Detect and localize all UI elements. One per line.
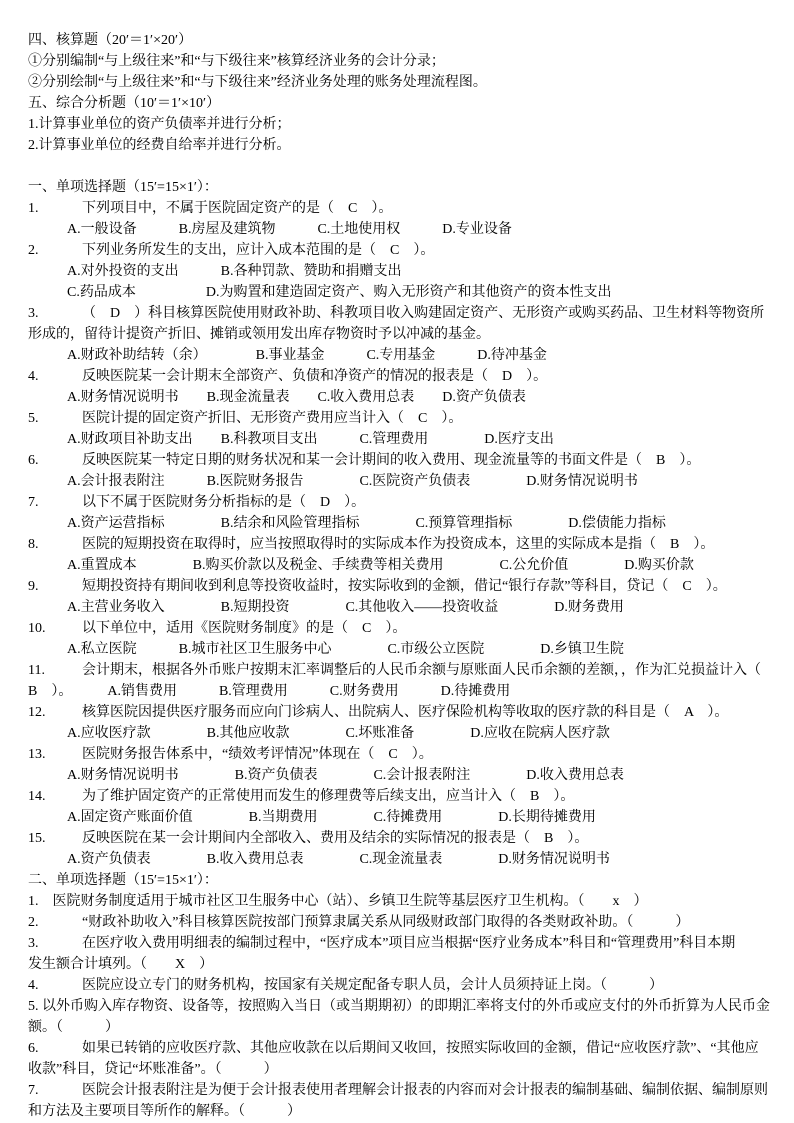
question-text-line: 13.医院财务报告体系中，“绩效考评情况”体现在（ C ）。 xyxy=(28,744,782,765)
question-body: 如果已转销的应收医疗款、其他应收款在以后期间又收回，按照实际收回的金额，借记“应… xyxy=(28,1041,759,1077)
question: 5. 以外币购入库存物资、设备等，按照购入当日（或当期期初）的即期汇率将支付的外… xyxy=(28,996,782,1038)
question-body: 为了维护固定资产的正常使用而发生的修理费等后续支出，应当计入（ B ）。 xyxy=(82,789,574,804)
options-line: A.财政项目补助支出 B.科教项目支出 C.管理费用 D.医疗支出 xyxy=(28,429,782,450)
question: 2.下列业务所发生的支出，应计入成本范围的是（ C ）。A.对外投资的支出 B.… xyxy=(28,240,782,303)
question: 9.短期投资持有期间收到利息等投资收益时，按实际收到的金额，借记“银行存款”等科… xyxy=(28,576,782,618)
options-line: A.会计报表附注 B.医院财务报告 C.医院资产负债表 D.财务情况说明书 xyxy=(28,471,782,492)
question-text-line: 7.以下不属于医院财务分析指标的是（ D ）。 xyxy=(28,492,782,513)
question-number: 4. xyxy=(28,975,82,996)
question-text-line: 8.医院的短期投资在取得时，应当按照取得时的实际成本作为投资成本，这里的实际成本… xyxy=(28,534,782,555)
question-body: 下列业务所发生的支出，应计入成本范围的是（ C ）。 xyxy=(82,243,434,258)
question-number: 2. xyxy=(28,912,82,933)
question-text-line: 15.反映医院在某一会计期间内全部收入、费用及结余的实际情况的报表是（ B ）。 xyxy=(28,828,782,849)
question: 6.反映医院某一特定日期的财务状况和某一会计期间的收入费用、现金流量等的书面文件… xyxy=(28,450,782,492)
options-line: A.重置成本 B.购买价款以及税金、手续费等相关费用 C.公允价值 D.购买价款 xyxy=(28,555,782,576)
question-body: 1. 医院财务制度适用于城市社区卫生服务中心（站）、乡镇卫生院等基层医疗卫生机构… xyxy=(28,894,648,909)
options-line: A.应收医疗款 B.其他应收款 C.坏账准备 D.应收在院病人医疗款 xyxy=(28,723,782,744)
question: 6.如果已转销的应收医疗款、其他应收款在以后期间又收回，按照实际收回的金额，借记… xyxy=(28,1038,782,1080)
question-body: 5. 以外币购入库存物资、设备等，按照购入当日（或当期期初）的即期汇率将支付的外… xyxy=(28,999,770,1035)
document-page: 四、核算题（20′＝1′×20′） ①分别编制“与上级往来”和“与下级往来”核算… xyxy=(0,0,794,1123)
section-hesuan-title: 四、核算题（20′＝1′×20′） xyxy=(28,30,782,51)
question: 5.医院计提的固定资产折旧、无形资产费用应当计入（ C ）。A.财政项目补助支出… xyxy=(28,408,782,450)
section-zonghe-title: 五、综合分析题（10′＝1′×10′） xyxy=(28,93,782,114)
question-number: 14. xyxy=(28,786,82,807)
question: 2.“财政补助收入”科目核算医院按部门预算隶属关系从同级财政部门取得的各类财政补… xyxy=(28,912,782,933)
options-line: A.主营业务收入 B.短期投资 C.其他收入——投资收益 D.财务费用 xyxy=(28,597,782,618)
question-text-line: 6.反映医院某一特定日期的财务状况和某一会计期间的收入费用、现金流量等的书面文件… xyxy=(28,450,782,471)
question-text-line: 1. 医院财务制度适用于城市社区卫生服务中心（站）、乡镇卫生院等基层医疗卫生机构… xyxy=(28,891,782,912)
question-text-line: 4.反映医院某一会计期末全部资产、负债和净资产的情况的报表是（ D ）。 xyxy=(28,366,782,387)
question-number: 6. xyxy=(28,1038,82,1059)
question: 7.以下不属于医院财务分析指标的是（ D ）。A.资产运营指标 B.结余和风险管… xyxy=(28,492,782,534)
question-text-line: 2.下列业务所发生的支出，应计入成本范围的是（ C ）。 xyxy=(28,240,782,261)
options-line: A.财政补助结转（余） B.事业基金 C.专用基金 D.待冲基金 xyxy=(28,345,782,366)
options-line: A.固定资产账面价值 B.当期费用 C.待摊费用 D.长期待摊费用 xyxy=(28,807,782,828)
question-body: 在医疗收入费用明细表的编制过程中，“医疗成本”项目应当根据“医疗业务成本”科目和… xyxy=(28,936,735,972)
section-hesuan-item: ②分别绘制“与上级往来”和“与下级往来”经济业务处理的账务处理流程图。 xyxy=(28,72,782,93)
options-line: C.药品成本 D.为购置和建造固定资产、购入无形资产和其他资产的资本性支出 xyxy=(28,282,782,303)
options-line: A.资产负债表 B.收入费用总表 C.现金流量表 D.财务情况说明书 xyxy=(28,849,782,870)
question-number: 1. xyxy=(28,198,82,219)
question: 8.医院的短期投资在取得时，应当按照取得时的实际成本作为投资成本，这里的实际成本… xyxy=(28,534,782,576)
question: 12.核算医院因提供医疗服务而应向门诊病人、出院病人、医疗保险机构等收取的医疗款… xyxy=(28,702,782,744)
question: 4.反映医院某一会计期末全部资产、负债和净资产的情况的报表是（ D ）。A.财务… xyxy=(28,366,782,408)
question: 14.为了维护固定资产的正常使用而发生的修理费等后续支出，应当计入（ B ）。A… xyxy=(28,786,782,828)
question: 1.下列项目中，不属于医院固定资产的是（ C ）。A.一般设备 B.房屋及建筑物… xyxy=(28,198,782,240)
question-number: 12. xyxy=(28,702,82,723)
question-body: 反映医院在某一会计期间内全部收入、费用及结余的实际情况的报表是（ B ）。 xyxy=(82,831,588,846)
question: 11.会计期末，根据各外币账户按期末汇率调整后的人民币余额与原账面人民币余额的差… xyxy=(28,660,782,702)
question-number: 7. xyxy=(28,492,82,513)
question-text-line: 9.短期投资持有期间收到利息等投资收益时，按实际收到的金额，借记“银行存款”等科… xyxy=(28,576,782,597)
question-text-line: 7.医院会计报表附注是为便于会计报表使用者理解会计报表的内容而对会计报表的编制基… xyxy=(28,1080,782,1122)
question: 4.医院应设立专门的财务机构，按国家有关规定配备专职人员，会计人员须持证上岗。（… xyxy=(28,975,782,996)
question-text-line: 1.下列项目中，不属于医院固定资产的是（ C ）。 xyxy=(28,198,782,219)
question-number: 6. xyxy=(28,450,82,471)
question: 7.医院会计报表附注是为便于会计报表使用者理解会计报表的内容而对会计报表的编制基… xyxy=(28,1080,782,1122)
question-number: 3. xyxy=(28,303,82,324)
section-zonghe-item: 2.计算事业单位的经费自给率并进行分析。 xyxy=(28,135,782,156)
question: 3.在医疗收入费用明细表的编制过程中，“医疗成本”项目应当根据“医疗业务成本”科… xyxy=(28,933,782,975)
question-body: “财政补助收入”科目核算医院按部门预算隶属关系从同级财政部门取得的各类财政补助。… xyxy=(82,915,689,930)
question-number: 10. xyxy=(28,618,82,639)
options-line: A.财务情况说明书 B.资产负债表 C.会计报表附注 D.收入费用总表 xyxy=(28,765,782,786)
question: 10.以下单位中，适用《医院财务制度》的是（ C ）。A.私立医院 B.城市社区… xyxy=(28,618,782,660)
part2-title: 二、单项选择题（15′=15×1′）： xyxy=(28,870,782,891)
question-body: 以下不属于医院财务分析指标的是（ D ）。 xyxy=(82,495,365,510)
question-number: 11. xyxy=(28,660,82,681)
question-body: 下列项目中，不属于医院固定资产的是（ C ）。 xyxy=(82,201,392,216)
question-text-line: 11.会计期末，根据各外币账户按期末汇率调整后的人民币余额与原账面人民币余额的差… xyxy=(28,660,782,702)
question-body: 医院财务报告体系中，“绩效考评情况”体现在（ C ）。 xyxy=(82,747,433,762)
question-text-line: 3.（ D ）科目核算医院使用财政补助、科教项目收入购建固定资产、无形资产或购买… xyxy=(28,303,782,345)
question-body: 反映医院某一会计期末全部资产、负债和净资产的情况的报表是（ D ）。 xyxy=(82,369,547,384)
question-number: 5. xyxy=(28,408,82,429)
question-text-line: 4.医院应设立专门的财务机构，按国家有关规定配备专职人员，会计人员须持证上岗。（… xyxy=(28,975,782,996)
question: 1. 医院财务制度适用于城市社区卫生服务中心（站）、乡镇卫生院等基层医疗卫生机构… xyxy=(28,891,782,912)
part2-questions: 1. 医院财务制度适用于城市社区卫生服务中心（站）、乡镇卫生院等基层医疗卫生机构… xyxy=(28,891,782,1122)
question: 15.反映医院在某一会计期间内全部收入、费用及结余的实际情况的报表是（ B ）。… xyxy=(28,828,782,870)
question-text-line: 3.在医疗收入费用明细表的编制过程中，“医疗成本”项目应当根据“医疗业务成本”科… xyxy=(28,933,782,975)
question-body: 反映医院某一特定日期的财务状况和某一会计期间的收入费用、现金流量等的书面文件是（… xyxy=(82,453,700,468)
part1-questions: 1.下列项目中，不属于医院固定资产的是（ C ）。A.一般设备 B.房屋及建筑物… xyxy=(28,198,782,870)
question-number: 2. xyxy=(28,240,82,261)
options-line: A.对外投资的支出 B.各种罚款、赞助和捐赠支出 xyxy=(28,261,782,282)
section-hesuan-item: ①分别编制“与上级往来”和“与下级往来”核算经济业务的会计分录； xyxy=(28,51,782,72)
question: 3.（ D ）科目核算医院使用财政补助、科教项目收入购建固定资产、无形资产或购买… xyxy=(28,303,782,366)
options-line: A.一般设备 B.房屋及建筑物 C.土地使用权 D.专业设备 xyxy=(28,219,782,240)
question-number: 4. xyxy=(28,366,82,387)
question-text-line: 5.医院计提的固定资产折旧、无形资产费用应当计入（ C ）。 xyxy=(28,408,782,429)
question-number: 9. xyxy=(28,576,82,597)
options-line: A.资产运营指标 B.结余和风险管理指标 C.预算管理指标 D.偿债能力指标 xyxy=(28,513,782,534)
part1-title: 一、单项选择题（15′=15×1′）： xyxy=(28,177,782,198)
question-number: 13. xyxy=(28,744,82,765)
question-body: 会计期末，根据各外币账户按期末汇率调整后的人民币余额与原账面人民币余额的差额，，… xyxy=(28,663,761,699)
options-line: A.私立医院 B.城市社区卫生服务中心 C.市级公立医院 D.乡镇卫生院 xyxy=(28,639,782,660)
question-body: 医院会计报表附注是为便于会计报表使用者理解会计报表的内容而对会计报表的编制基础、… xyxy=(28,1083,768,1119)
options-line: A.财务情况说明书 B.现金流量表 C.收入费用总表 D.资产负债表 xyxy=(28,387,782,408)
question: 13.医院财务报告体系中，“绩效考评情况”体现在（ C ）。A.财务情况说明书 … xyxy=(28,744,782,786)
section-zonghe-item: 1.计算事业单位的资产负债率并进行分析； xyxy=(28,114,782,135)
question-number: 15. xyxy=(28,828,82,849)
question-text-line: 5. 以外币购入库存物资、设备等，按照购入当日（或当期期初）的即期汇率将支付的外… xyxy=(28,996,782,1038)
question-text-line: 14.为了维护固定资产的正常使用而发生的修理费等后续支出，应当计入（ B ）。 xyxy=(28,786,782,807)
question-text-line: 10.以下单位中，适用《医院财务制度》的是（ C ）。 xyxy=(28,618,782,639)
question-body: 短期投资持有期间收到利息等投资收益时，按实际收到的金额，借记“银行存款”等科目，… xyxy=(82,579,727,594)
blank-line xyxy=(28,156,782,177)
question-text-line: 6.如果已转销的应收医疗款、其他应收款在以后期间又收回，按照实际收回的金额，借记… xyxy=(28,1038,782,1080)
question-text-line: 2.“财政补助收入”科目核算医院按部门预算隶属关系从同级财政部门取得的各类财政补… xyxy=(28,912,782,933)
question-number: 8. xyxy=(28,534,82,555)
question-body: 核算医院因提供医疗服务而应向门诊病人、出院病人、医疗保险机构等收取的医疗款的科目… xyxy=(82,705,728,720)
question-body: 医院应设立专门的财务机构，按国家有关规定配备专职人员，会计人员须持证上岗。（ ） xyxy=(82,978,663,993)
question-text-line: 12.核算医院因提供医疗服务而应向门诊病人、出院病人、医疗保险机构等收取的医疗款… xyxy=(28,702,782,723)
question-body: 医院的短期投资在取得时，应当按照取得时的实际成本作为投资成本，这里的实际成本是指… xyxy=(82,537,714,552)
question-body: 以下单位中，适用《医院财务制度》的是（ C ）。 xyxy=(82,621,406,636)
question-body: 医院计提的固定资产折旧、无形资产费用应当计入（ C ）。 xyxy=(82,411,462,426)
question-body: （ D ）科目核算医院使用财政补助、科教项目收入购建固定资产、无形资产或购买药品… xyxy=(28,306,764,342)
question-number: 7. xyxy=(28,1080,82,1101)
question-number: 3. xyxy=(28,933,82,954)
